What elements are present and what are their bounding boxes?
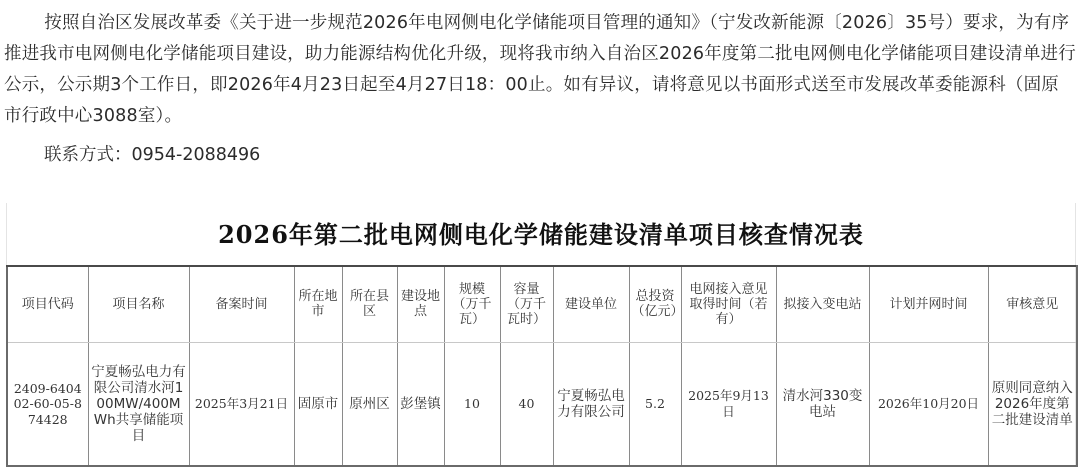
cell-capacity: 40	[500, 342, 553, 466]
cell-county: 原州区	[342, 342, 397, 466]
col-investment: 总投资（亿元）	[629, 266, 681, 342]
cell-filing-date: 2025年3月21日	[189, 342, 294, 466]
cell-scale: 10	[444, 342, 500, 466]
cell-project-code: 2409-640402-60-05-874428	[7, 342, 88, 466]
col-location: 建设地点	[397, 266, 444, 342]
col-filing-date: 备案时间	[189, 266, 294, 342]
notice-text: 按照自治区发展改革委《关于进一步规范2026年电网侧电化学储能项目管理的通知》（…	[4, 8, 1076, 132]
table-title: 2026年第二批电网侧电化学储能建设清单项目核查情况表	[7, 213, 1075, 257]
col-scale: 规模（万千瓦）	[444, 266, 500, 342]
col-grid-opinion-date: 电网接入意见取得时间（若有）	[681, 266, 776, 342]
col-project-name: 项目名称	[88, 266, 189, 342]
cell-builder: 宁夏畅弘电力有限公司	[553, 342, 629, 466]
cell-investment: 5.2	[629, 342, 681, 466]
cell-project-name: 宁夏畅弘电力有限公司清水河100MW/400MWh共享储能项目	[88, 342, 189, 466]
cell-location: 彭堡镇	[397, 342, 444, 466]
cell-substation: 清水河330变电站	[776, 342, 869, 466]
cell-city: 固原市	[294, 342, 342, 466]
col-planned-grid-date: 计划并网时间	[869, 266, 988, 342]
cell-planned-grid-date: 2026年10月20日	[869, 342, 988, 466]
project-table: 项目代码 项目名称 备案时间 所在地市 所在县区 建设地点 规模（万千瓦） 容量…	[6, 265, 1078, 467]
contact-info: 联系方式：0954-2088496	[44, 140, 260, 171]
notice-paragraph: 按照自治区发展改革委《关于进一步规范2026年电网侧电化学储能项目管理的通知》（…	[4, 8, 1076, 132]
col-county: 所在县区	[342, 266, 397, 342]
header-row: 项目代码 项目名称 备案时间 所在地市 所在县区 建设地点 规模（万千瓦） 容量…	[7, 266, 1077, 342]
col-city: 所在地市	[294, 266, 342, 342]
cell-review-opinion: 原则同意纳入2026年度第二批建设清单	[988, 342, 1077, 466]
col-substation: 拟接入变电站	[776, 266, 869, 342]
cell-grid-opinion-date: 2025年9月13日	[681, 342, 776, 466]
col-project-code: 项目代码	[7, 266, 88, 342]
col-review-opinion: 审核意见	[988, 266, 1077, 342]
col-capacity: 容量（万千瓦时）	[500, 266, 553, 342]
col-builder: 建设单位	[553, 266, 629, 342]
table-row: 2409-640402-60-05-874428 宁夏畅弘电力有限公司清水河10…	[7, 342, 1077, 466]
